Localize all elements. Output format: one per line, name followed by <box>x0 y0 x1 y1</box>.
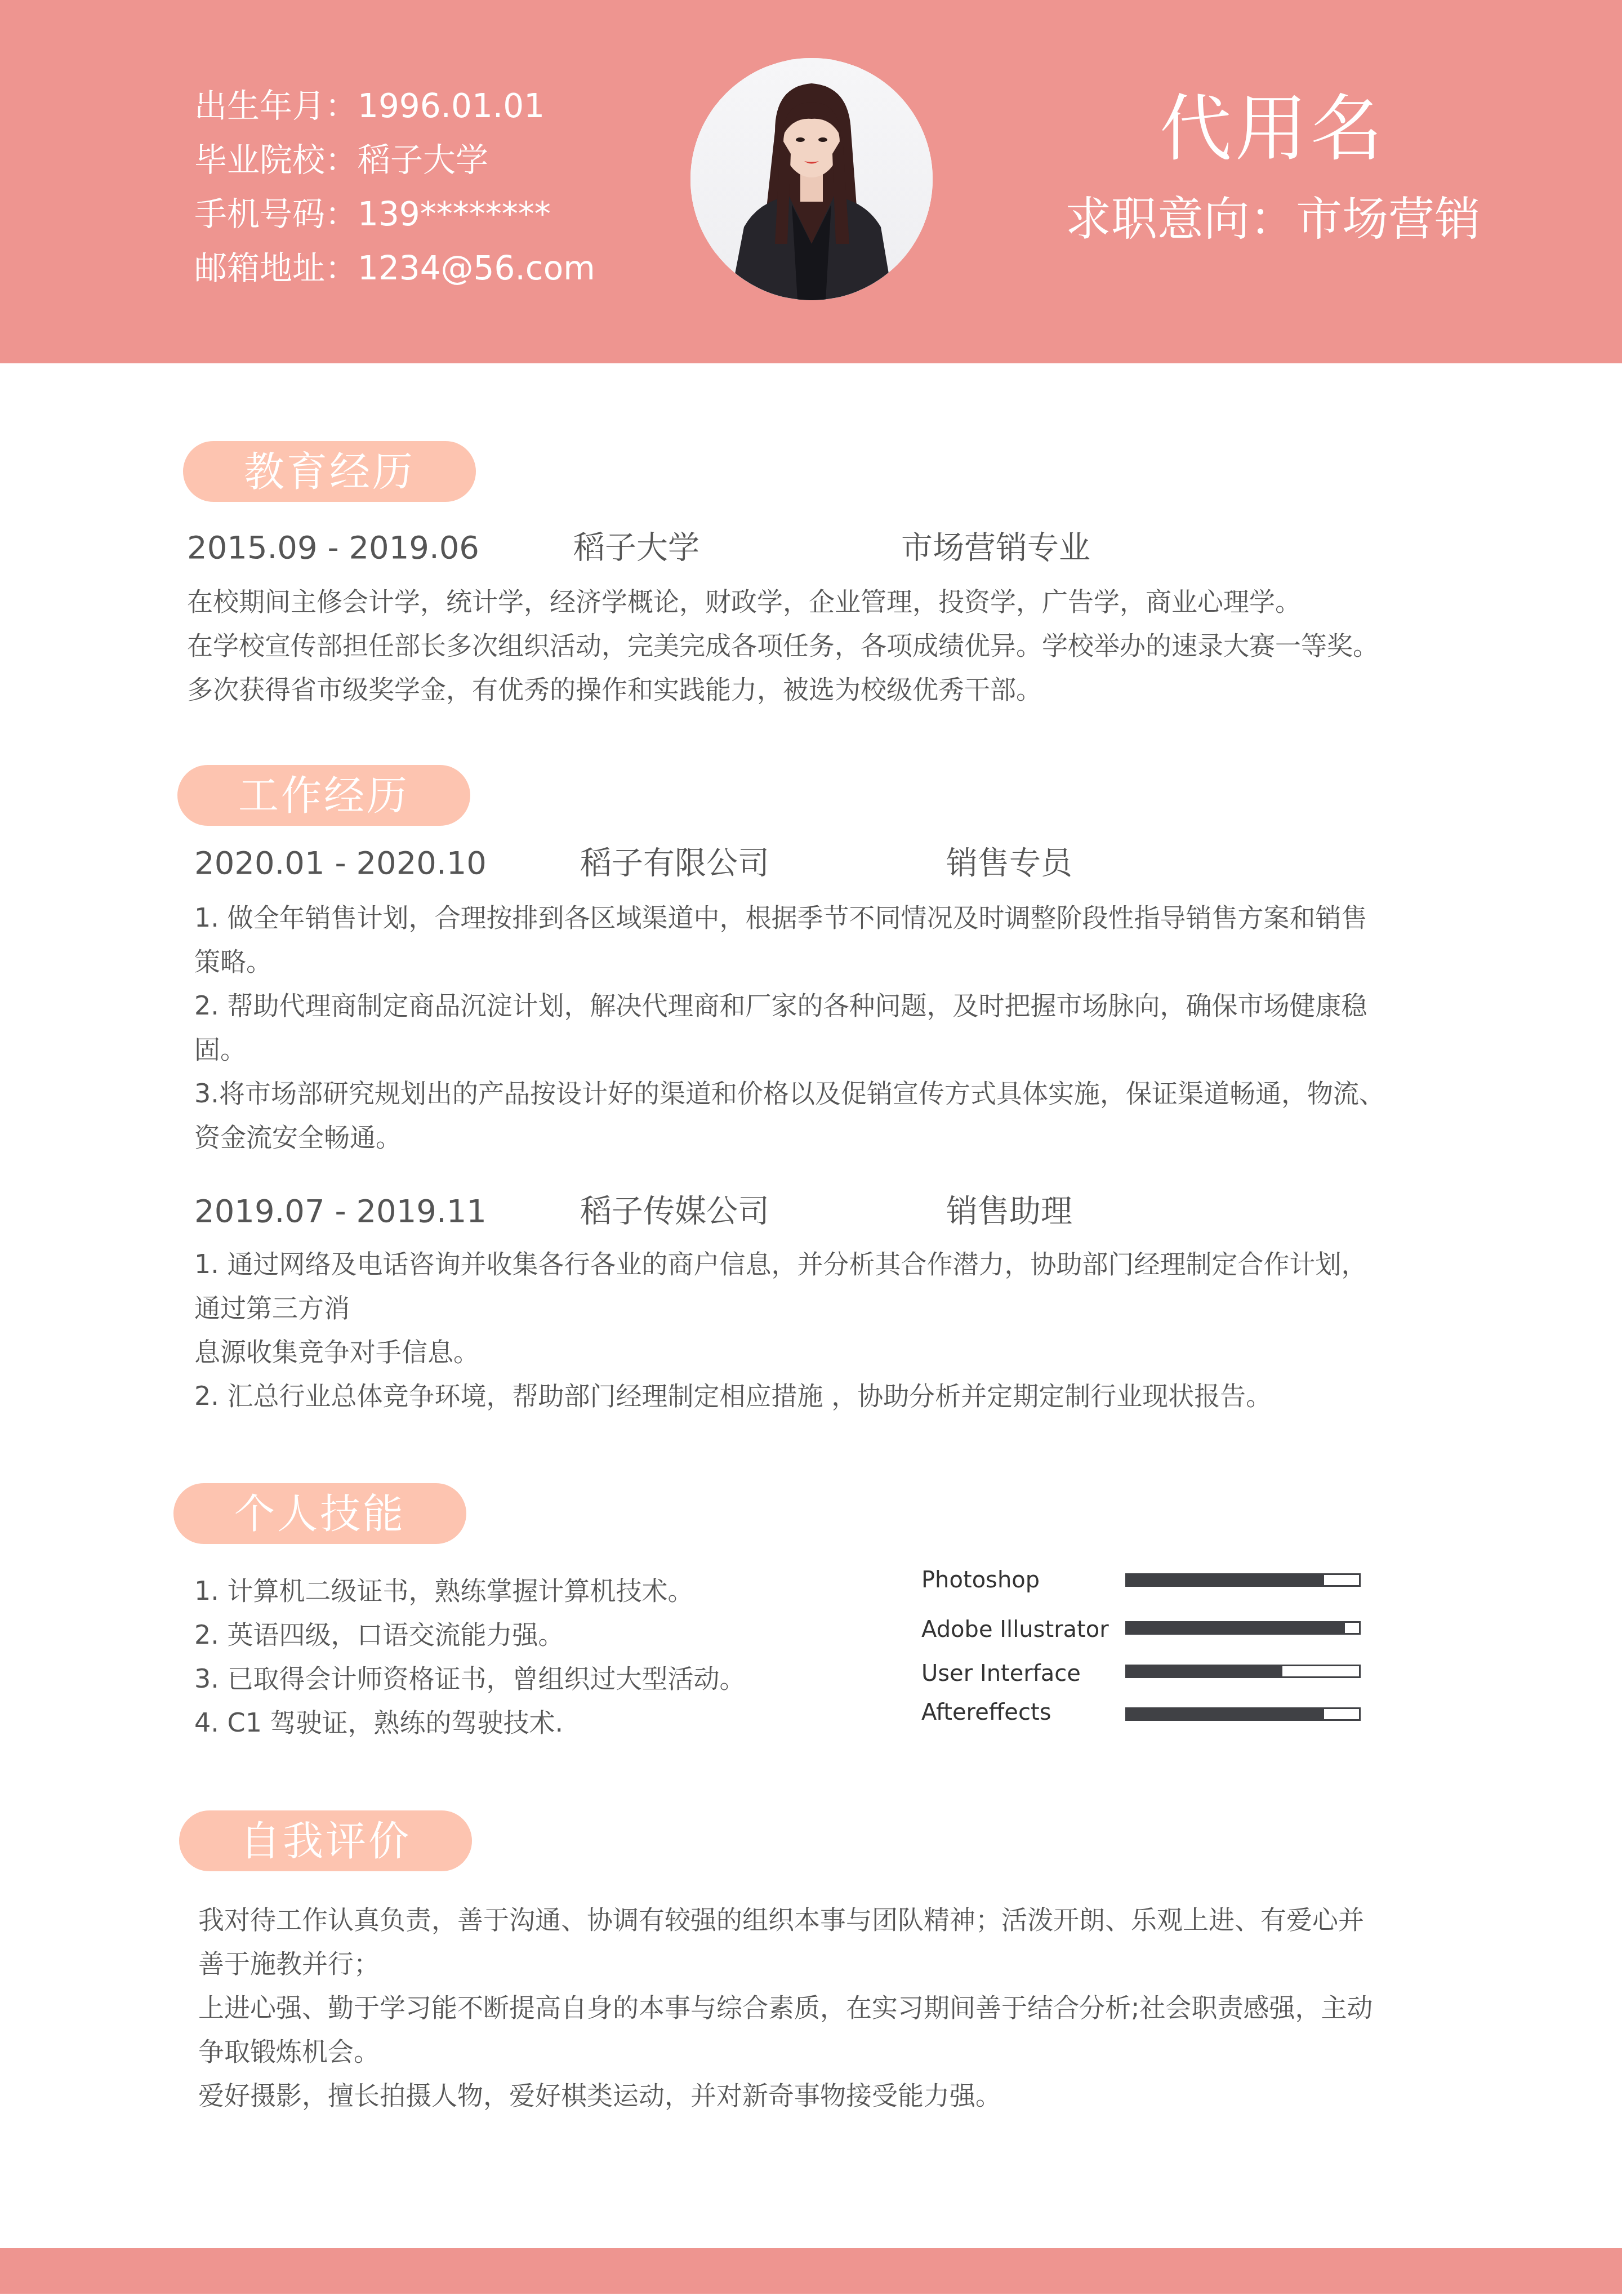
info-school: 毕业院校：稻子大学 <box>194 133 595 187</box>
info-value: 1996.01.01 <box>358 87 545 125</box>
skill-item: 2. 英语四级，口语交流能力强。 <box>194 1613 746 1657</box>
skill-bar-aftereffects <box>1125 1707 1361 1721</box>
job-line: 2. 帮助代理商制定商品沉淀计划，解决代理商和厂家的各种问题，及时把握市场脉向，… <box>194 984 1385 1027</box>
skill-bar-label: Adobe Illustrator <box>921 1616 1109 1644</box>
job-line: 息源收集竞争对手信息。 <box>194 1330 1367 1374</box>
education-period: 2015.09 - 2019.06 <box>187 528 479 568</box>
section-title-education: 教育经历 <box>183 441 476 502</box>
candidate-name: 代用名 <box>1059 84 1487 175</box>
education-major: 市场营销专业 <box>901 528 1090 568</box>
skill-bar-label: Photoshop <box>921 1566 1040 1594</box>
self-eval-line: 上进心强、勤于学习能不断提高自身的本事与综合素质，在实习期间善于结合分析;社会职… <box>198 1986 1373 2030</box>
info-label: 邮箱地址： <box>194 249 358 287</box>
skill-bar-fill <box>1127 1666 1282 1676</box>
education-school: 稻子大学 <box>573 528 699 568</box>
skill-item: 1. 计算机二级证书，熟练掌握计算机技术。 <box>194 1569 746 1613</box>
job-line: 3.将市场部研究规划出的产品按设计好的渠道和价格以及促销宣传方式具体实施，保证渠… <box>194 1071 1385 1115</box>
header-banner: 出生年月：1996.01.01 毕业院校：稻子大学 手机号码：139******… <box>0 0 1622 363</box>
self-eval-text: 我对待工作认真负责，善于沟通、协调有较强的组织本事与团队精神；活泼开朗、乐观上进… <box>198 1898 1373 2117</box>
job-company: 稻子有限公司 <box>580 844 769 883</box>
personal-info: 出生年月：1996.01.01 毕业院校：稻子大学 手机号码：139******… <box>194 79 595 295</box>
education-description: 在校期间主修会计学，统计学，经济学概论，财政学，企业管理，投资学，广告学，商业心… <box>187 580 1379 711</box>
info-email: 邮箱地址：1234@56.com <box>194 241 595 295</box>
info-label: 出生年月： <box>194 87 358 125</box>
avatar <box>690 58 933 300</box>
skill-item: 3. 已取得会计师资格证书，曾组织过大型活动。 <box>194 1657 746 1701</box>
job-period: 2020.01 - 2020.10 <box>194 844 487 883</box>
self-eval-line: 我对待工作认真负责，善于沟通、协调有较强的组织本事与团队精神；活泼开朗、乐观上进… <box>198 1898 1373 1942</box>
section-title-work: 工作经历 <box>177 765 470 826</box>
skill-bar-fill <box>1127 1623 1345 1633</box>
intent-value: 市场营销 <box>1296 193 1481 246</box>
job-line: 1. 通过网络及电话咨询并收集各行各业的商户信息，并分析其合作潜力，协助部门经理… <box>194 1242 1367 1286</box>
job-period: 2019.07 - 2019.11 <box>194 1192 487 1231</box>
self-eval-line: 爱好摄影，擅长拍摄人物，爱好棋类运动，并对新奇事物接受能力强。 <box>198 2073 1373 2117</box>
self-eval-line: 善于施教并行； <box>198 1942 1373 1986</box>
skill-bar-fill <box>1127 1575 1324 1585</box>
education-line: 多次获得省市级奖学金，有优秀的操作和实践能力，被选为校级优秀干部。 <box>187 668 1379 711</box>
portrait-photo-icon <box>690 58 933 300</box>
info-value: 稻子大学 <box>358 141 488 179</box>
intent-label: 求职意向： <box>1065 193 1296 246</box>
info-phone: 手机号码：139******** <box>194 187 595 241</box>
info-label: 毕业院校： <box>194 141 358 179</box>
job-intent: 求职意向：市场营销 <box>1002 189 1543 251</box>
skill-item: 4. C1 驾驶证，熟练的驾驶技术. <box>194 1701 746 1745</box>
job-line: 通过第三方消 <box>194 1286 1367 1330</box>
info-value: 139******** <box>358 195 551 233</box>
job-description: 1. 做全年销售计划，合理按排到各区域渠道中，根据季节不同情况及时调整阶段性指导… <box>194 896 1385 1159</box>
job-line: 2. 汇总行业总体竞争环境，帮助部门经理制定相应措施 ，协助分析并定期定制行业现… <box>194 1374 1367 1418</box>
skill-bar-label: User Interface <box>921 1659 1081 1688</box>
section-title-skills: 个人技能 <box>173 1483 466 1544</box>
info-label: 手机号码： <box>194 195 358 233</box>
education-line: 在学校宣传部担任部长多次组织活动，完美完成各项任务，各项成绩优异。学校举办的速录… <box>187 624 1379 668</box>
skill-bar-label: Aftereffects <box>921 1698 1051 1727</box>
info-value: 1234@56.com <box>358 249 595 287</box>
job-line: 1. 做全年销售计划，合理按排到各区域渠道中，根据季节不同情况及时调整阶段性指导… <box>194 896 1385 940</box>
job-role: 销售专员 <box>946 844 1072 883</box>
info-birth: 出生年月：1996.01.01 <box>194 79 595 133</box>
education-line: 在校期间主修会计学，统计学，经济学概论，财政学，企业管理，投资学，广告学，商业心… <box>187 580 1379 624</box>
job-line: 策略。 <box>194 940 1385 984</box>
job-description: 1. 通过网络及电话咨询并收集各行各业的商户信息，并分析其合作潜力，协助部门经理… <box>194 1242 1367 1418</box>
skill-bar-illustrator <box>1125 1621 1361 1635</box>
footer-band <box>0 2248 1622 2294</box>
skills-list: 1. 计算机二级证书，熟练掌握计算机技术。 2. 英语四级，口语交流能力强。 3… <box>194 1569 746 1745</box>
section-title-self-eval: 自我评价 <box>179 1810 472 1871</box>
job-line: 固。 <box>194 1027 1385 1071</box>
skill-bar-fill <box>1127 1709 1324 1719</box>
skill-bar-photoshop <box>1125 1573 1361 1587</box>
self-eval-line: 争取锻炼机会。 <box>198 2030 1373 2073</box>
job-role: 销售助理 <box>946 1192 1072 1231</box>
job-line: 资金流安全畅通。 <box>194 1115 1385 1159</box>
job-company: 稻子传媒公司 <box>580 1192 769 1231</box>
skill-bar-user-interface <box>1125 1665 1361 1678</box>
